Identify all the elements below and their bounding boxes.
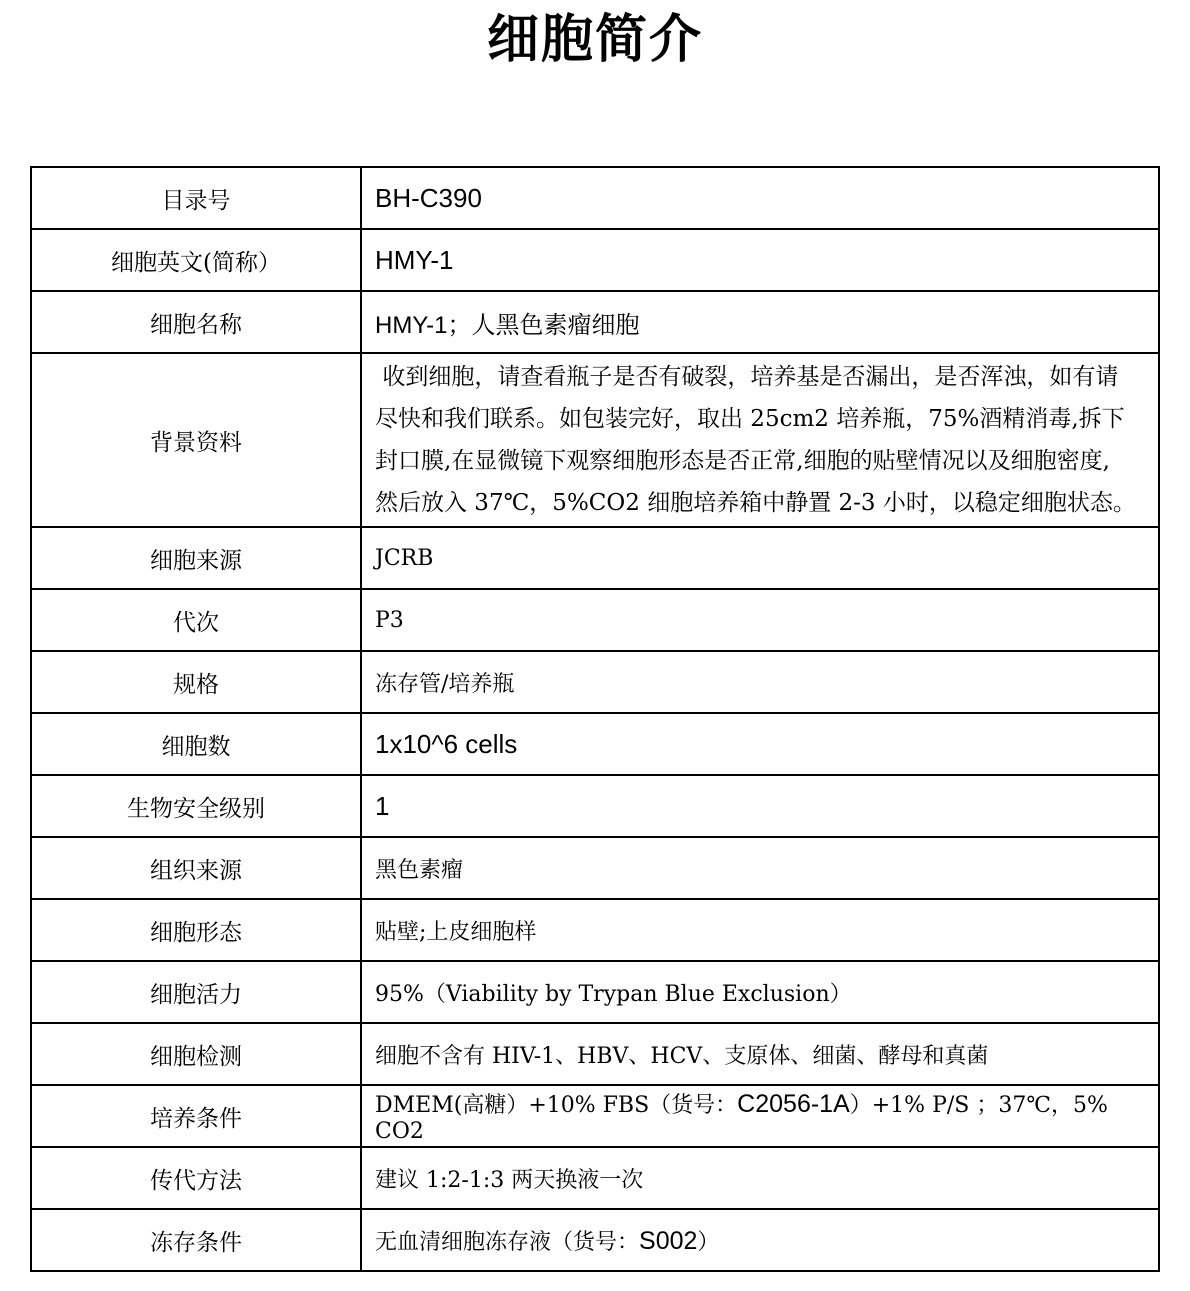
cryopreservation-catalog-code: S002 (639, 1227, 697, 1255)
table-row: 冻存条件 无血清细胞冻存液（货号：S002） (31, 1209, 1159, 1271)
row-value-cell-english-name: HMY-1 (361, 229, 1159, 291)
background-line: 收到细胞，请查看瓶子是否有破裂，培养基是否漏出，是否浑浊，如有请 (375, 356, 1148, 398)
row-value-tissue-source: 黑色素瘤 (361, 837, 1159, 899)
table-row: 细胞英文(简称） HMY-1 (31, 229, 1159, 291)
table-row: 细胞来源 JCRB (31, 527, 1159, 589)
background-line: 然后放入 37℃，5%CO2 细胞培养箱中静置 2-3 小时，以稳定细胞状态。 (375, 482, 1148, 524)
row-value-cryopreservation: 无血清细胞冻存液（货号：S002） (361, 1209, 1159, 1271)
row-label-passaging-method: 传代方法 (31, 1147, 361, 1209)
row-label-biosafety-level: 生物安全级别 (31, 775, 361, 837)
row-value-cell-name: HMY-1；人黑色素瘤细胞 (361, 291, 1159, 353)
cell-info-table: 目录号 BH-C390 细胞英文(简称） HMY-1 细胞名称 HMY-1；人黑… (30, 166, 1160, 1272)
table-row: 细胞数 1x10^6 cells (31, 713, 1159, 775)
row-label-specification: 规格 (31, 651, 361, 713)
row-label-catalog-number: 目录号 (31, 167, 361, 229)
table-row: 背景资料 收到细胞，请查看瓶子是否有破裂，培养基是否漏出，是否浑浊，如有请 尽快… (31, 353, 1159, 527)
row-label-cell-morphology: 细胞形态 (31, 899, 361, 961)
row-value-cell-testing: 细胞不含有 HIV-1、HBV、HCV、支原体、细菌、酵母和真菌 (361, 1023, 1159, 1085)
cryopreservation-text: ） (697, 1230, 719, 1255)
row-label-cell-count: 细胞数 (31, 713, 361, 775)
table-row: 培养条件 DMEM(高糖）+10% FBS（货号：C2056-1A）+1% P/… (31, 1085, 1159, 1147)
row-value-background-info: 收到细胞，请查看瓶子是否有破裂，培养基是否漏出，是否浑浊，如有请 尽快和我们联系… (361, 353, 1159, 527)
row-label-cell-name: 细胞名称 (31, 291, 361, 353)
row-label-cryopreservation: 冻存条件 (31, 1209, 361, 1271)
row-value-catalog-number: BH-C390 (361, 167, 1159, 229)
row-value-cell-viability: 95%（Viability by Trypan Blue Exclusion） (361, 961, 1159, 1023)
table-row: 目录号 BH-C390 (31, 167, 1159, 229)
table-row: 细胞名称 HMY-1；人黑色素瘤细胞 (31, 291, 1159, 353)
row-value-culture-conditions: DMEM(高糖）+10% FBS（货号：C2056-1A）+1% P/S ；37… (361, 1085, 1159, 1147)
table-row: 传代方法 建议 1:2-1:3 两天换液一次 (31, 1147, 1159, 1209)
row-label-culture-conditions: 培养条件 (31, 1085, 361, 1147)
table-row: 规格 冻存管/培养瓶 (31, 651, 1159, 713)
row-value-passage: P3 (361, 589, 1159, 651)
culture-medium-catalog-code: C2056-1A (737, 1090, 850, 1118)
row-label-background-info: 背景资料 (31, 353, 361, 527)
table-row: 组织来源 黑色素瘤 (31, 837, 1159, 899)
row-label-cell-viability: 细胞活力 (31, 961, 361, 1023)
row-label-cell-english-name: 细胞英文(简称） (31, 229, 361, 291)
row-label-passage: 代次 (31, 589, 361, 651)
cryopreservation-text: 无血清细胞冻存液（货号： (375, 1230, 639, 1255)
table-row: 细胞活力 95%（Viability by Trypan Blue Exclus… (31, 961, 1159, 1023)
background-line: 封口膜,在显微镜下观察细胞形态是否正常,细胞的贴壁情况以及细胞密度, (375, 440, 1148, 482)
row-label-tissue-source: 组织来源 (31, 837, 361, 899)
row-value-cell-count: 1x10^6 cells (361, 713, 1159, 775)
row-value-biosafety-level: 1 (361, 775, 1159, 837)
row-value-passaging-method: 建议 1:2-1:3 两天换液一次 (361, 1147, 1159, 1209)
row-label-cell-source: 细胞来源 (31, 527, 361, 589)
row-value-specification: 冻存管/培养瓶 (361, 651, 1159, 713)
table-row: 细胞检测 细胞不含有 HIV-1、HBV、HCV、支原体、细菌、酵母和真菌 (31, 1023, 1159, 1085)
row-value-cell-source: JCRB (361, 527, 1159, 589)
culture-conditions-text: DMEM(高糖）+10% FBS（货号： (375, 1093, 737, 1118)
table-row: 代次 P3 (31, 589, 1159, 651)
page-title: 细胞简介 (0, 0, 1190, 72)
row-value-cell-morphology: 贴壁;上皮细胞样 (361, 899, 1159, 961)
table-row: 生物安全级别 1 (31, 775, 1159, 837)
row-label-cell-testing: 细胞检测 (31, 1023, 361, 1085)
table-row: 细胞形态 贴壁;上皮细胞样 (31, 899, 1159, 961)
background-line: 尽快和我们联系。如包装完好，取出 25cm2 培养瓶，75%酒精消毒,拆下 (375, 398, 1148, 440)
